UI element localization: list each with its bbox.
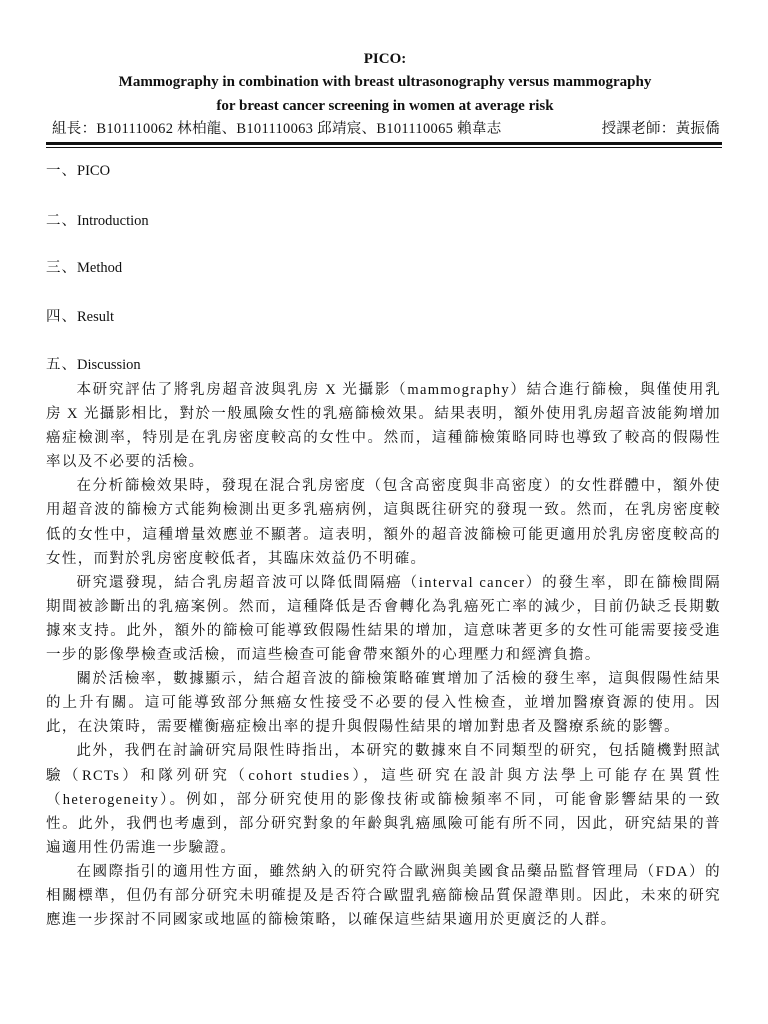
document-subtitle-line-2: for breast cancer screening in women at … <box>40 94 730 118</box>
discussion-paragraph: 本研究評估了將乳房超音波與乳房 X 光攝影（mammography）結合進行篩檢… <box>46 378 721 474</box>
discussion-body: 本研究評估了將乳房超音波與乳房 X 光攝影（mammography）結合進行篩檢… <box>46 378 721 932</box>
header-rule-thin <box>46 147 722 148</box>
section-number: 三、 <box>46 260 77 276</box>
section-title: Result <box>77 309 114 325</box>
document-page: PICO: Mammography in combination with br… <box>0 0 768 1024</box>
section-title: Introduction <box>77 213 149 229</box>
discussion-paragraph: 關於活檢率，數據顯示，結合超音波的篩檢策略確實增加了活檢的發生率，這與假陽性結果… <box>46 667 721 739</box>
section-number: 一、 <box>46 163 77 179</box>
instructor: 授課老師：黃振僑 <box>602 118 720 140</box>
discussion-paragraph: 此外，我們在討論研究局限性時指出，本研究的數據來自不同類型的研究，包括隨機對照試… <box>46 739 721 859</box>
section-title: Method <box>77 260 122 276</box>
discussion-paragraph: 在國際指引的適用性方面，雖然納入的研究符合歐洲與美國食品藥品監督管理局（FDA）… <box>46 860 721 932</box>
section-number: 五、 <box>46 357 77 373</box>
document-subtitle-line-1: Mammography in combination with breast u… <box>40 70 730 94</box>
section-title: PICO <box>77 163 110 179</box>
document-title: PICO: <box>40 47 730 71</box>
discussion-paragraph: 在分析篩檢效果時，發現在混合乳房密度（包含高密度與非高密度）的女性群體中，額外使… <box>46 474 721 570</box>
section-heading-pico: 一、PICO <box>46 161 110 181</box>
section-heading-method: 三、Method <box>46 258 122 278</box>
author-line: 組長：B101110062 林柏龍、B101110063 邱靖宸、B101110… <box>52 118 720 140</box>
discussion-paragraph: 研究還發現，結合乳房超音波可以降低間隔癌（interval cancer）的發生… <box>46 571 721 667</box>
section-heading-discussion: 五、Discussion <box>46 355 141 375</box>
section-number: 二、 <box>46 213 77 229</box>
section-heading-result: 四、Result <box>46 307 114 327</box>
section-heading-introduction: 二、Introduction <box>46 211 149 231</box>
section-number: 四、 <box>46 309 77 325</box>
header-rule-thick <box>46 142 722 145</box>
group-members: 組長：B101110062 林柏龍、B101110063 邱靖宸、B101110… <box>52 118 502 140</box>
section-title: Discussion <box>77 357 141 373</box>
